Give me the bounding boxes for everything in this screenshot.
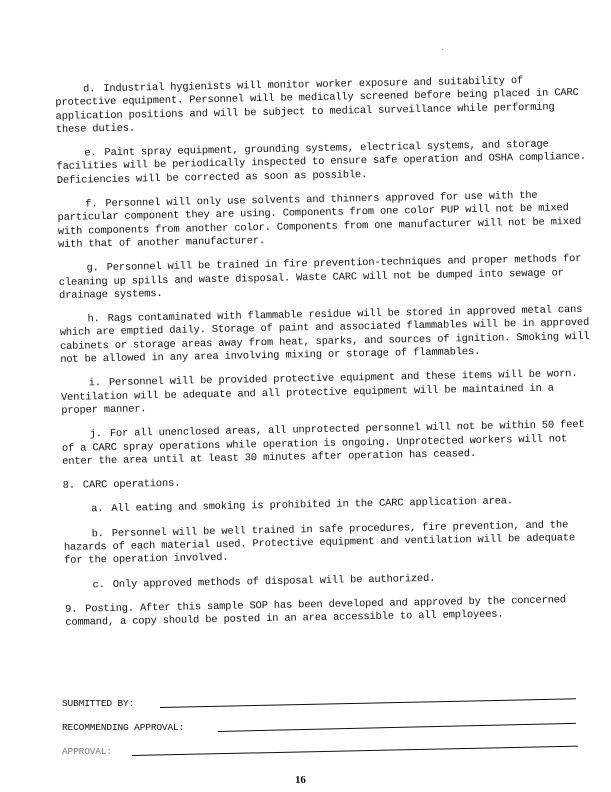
item-text: Personnel will be trained in fire preven… (59, 253, 582, 302)
item-text: Personnel will only use solvents and thi… (57, 190, 581, 251)
item-label: a. (63, 504, 103, 518)
paragraph-e: e.Paint spray equipment, grounding syste… (56, 138, 587, 188)
section-text: Posting. After this sample SOP has been … (65, 594, 566, 629)
paragraph-g: g.Personnel will be trained in fire prev… (58, 253, 589, 303)
item-text: For all unenclosed areas, all unprotecte… (62, 419, 585, 468)
item-text: Rags contaminated with flammable residue… (60, 304, 590, 366)
item-text: Industrial hygienists will monitor worke… (55, 75, 578, 136)
signature-row-approval: APPROVAL: (62, 736, 582, 760)
item-text: Personnel will be well trained in safe p… (64, 519, 575, 567)
document-body: d.Industrial hygienists will monitor wor… (55, 74, 596, 642)
approval-label: APPROVAL: (62, 745, 112, 758)
item-label: e. (56, 147, 96, 161)
scan-speck (442, 49, 443, 50)
item-text: Personnel will be provided protective eq… (61, 368, 578, 417)
signature-row-recommending: RECOMMENDING APPROVAL: (62, 712, 582, 736)
paragraph-h: h.Rags contaminated with flammable resid… (59, 304, 590, 367)
section-8-heading: 8.CARC operations. (63, 470, 593, 493)
item-label: b. (64, 528, 104, 542)
recommending-approval-label: RECOMMENDING APPROVAL: (62, 721, 184, 734)
item-label: g. (58, 262, 98, 276)
paragraph-f: f.Personnel will only use solvents and t… (57, 189, 588, 252)
section-8-item-a: a.All eating and smoking is prohibited i… (63, 494, 593, 517)
section-9: 9.Posting. After this sample SOP has bee… (65, 594, 595, 631)
approval-signature-line[interactable] (132, 745, 578, 756)
document-page: d.Industrial hygienists will monitor wor… (0, 0, 611, 792)
item-label: d. (55, 83, 95, 97)
item-label: j. (62, 428, 102, 442)
signature-row-submitted: SUBMITTED BY: (62, 688, 582, 712)
submitted-by-label: SUBMITTED BY: (62, 697, 134, 710)
section-number: 8. (63, 480, 75, 494)
item-label: h. (59, 313, 99, 327)
item-text: All eating and smoking is prohibited in … (111, 496, 513, 516)
paragraph-d: d.Industrial hygienists will monitor wor… (55, 74, 586, 137)
section-title: CARC operations. (83, 478, 181, 492)
recommending-approval-signature-line[interactable] (218, 723, 576, 732)
item-label: f. (57, 198, 97, 212)
page-number: 16 (295, 774, 306, 787)
section-8-item-c: c.Only approved methods of disposal will… (65, 569, 595, 592)
item-label: c. (65, 579, 105, 593)
section-number: 9. (65, 604, 77, 618)
submitted-by-signature-line[interactable] (160, 698, 576, 708)
paragraph-j: j.For all unenclosed areas, all unprotec… (62, 419, 593, 469)
item-text: Paint spray equipment, grounding systems… (56, 139, 586, 187)
paragraph-i: i.Personnel will be provided protective … (61, 368, 592, 418)
signature-block: SUBMITTED BY: RECOMMENDING APPROVAL: APP… (62, 688, 582, 760)
item-label: i. (61, 378, 101, 392)
section-8-item-b: b.Personnel will be well trained in safe… (64, 518, 595, 568)
item-text: Only approved methods of disposal will b… (113, 572, 436, 590)
